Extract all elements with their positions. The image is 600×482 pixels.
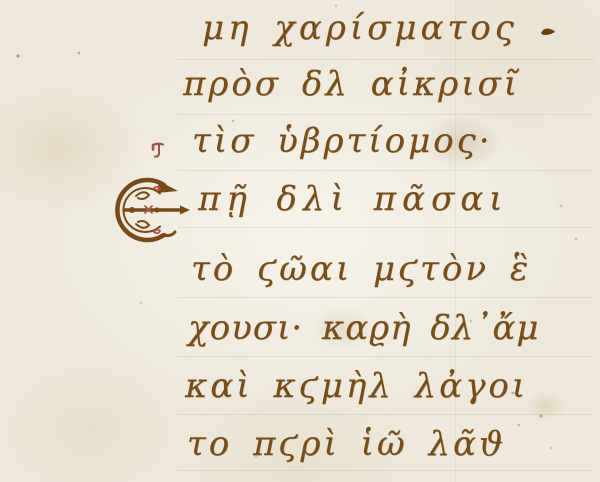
ruling-line <box>178 470 594 471</box>
parchment-specks <box>0 0 2 2</box>
ruling-line <box>178 170 594 171</box>
text-line-6: χουσι· καϱὴ δλ᾽ἄμ <box>188 308 539 348</box>
ink-blot-icon <box>540 23 556 42</box>
text-line-7: καὶ κϛμὴλ λἀγοι <box>185 366 528 406</box>
text-line-5: τὸ ϛῶαι μϛτὸν ἓ <box>191 249 531 289</box>
ruling-line <box>178 59 594 60</box>
text-line-4: πῇ δλὶ πᾶσαι <box>198 179 509 219</box>
ruling-line <box>178 227 594 228</box>
ruling-line <box>178 414 594 415</box>
ruling-line <box>178 356 594 357</box>
ruling-line <box>178 297 594 298</box>
manuscript-page: μη χαρίσματος πρὸσ δλ αἰκρισῖ τὶσ ὑβρτίο… <box>0 0 600 482</box>
decorated-initial-epsilon-icon <box>110 172 192 254</box>
red-margin-mark-icon <box>150 140 166 164</box>
text-line-8: το πϛρὶ ἱῶ λᾶϑ <box>187 424 506 464</box>
text-line-1: μη χαρίσματος <box>202 8 518 48</box>
ruling-line <box>178 114 594 115</box>
text-line-2: πρὸσ δλ αἰκρισῖ <box>183 64 520 104</box>
text-line-3: τὶσ ὑβρτίομος· <box>192 121 493 161</box>
